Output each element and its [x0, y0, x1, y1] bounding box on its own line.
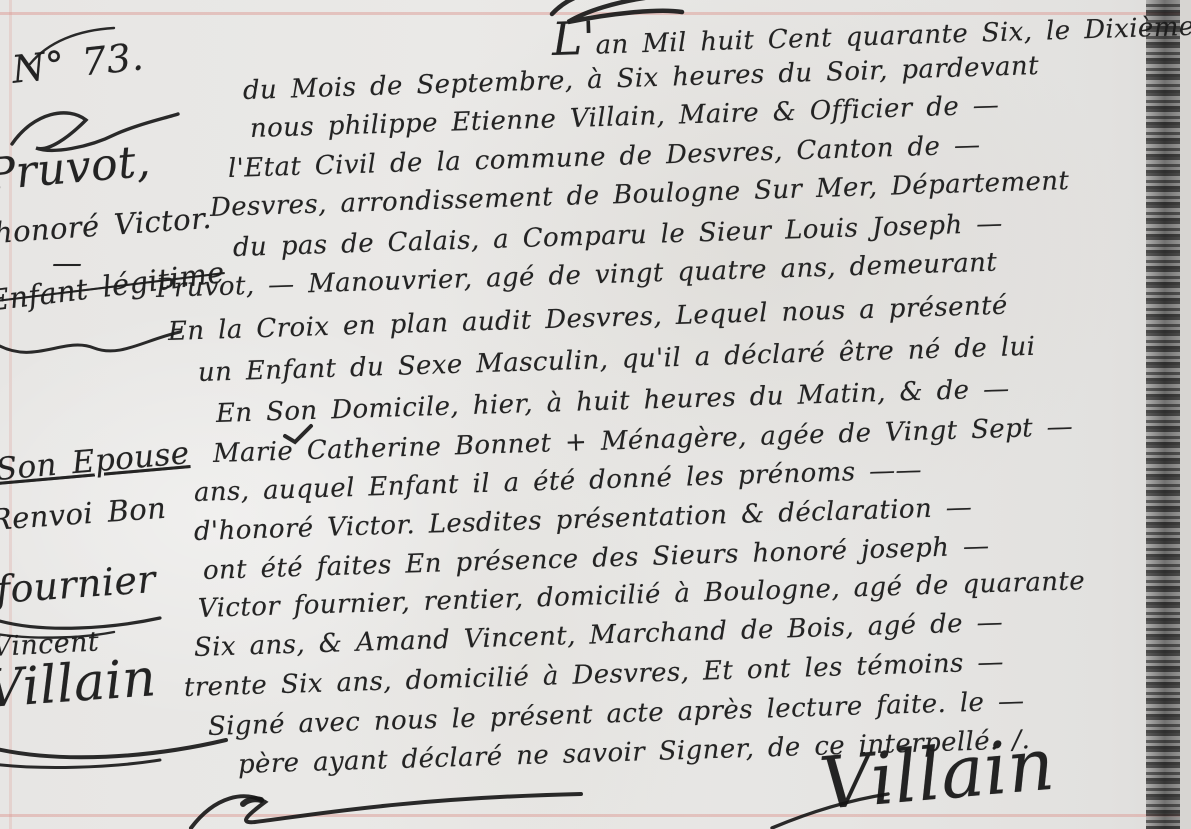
rule-line-bottom — [0, 814, 1191, 817]
renvoi-mark — [283, 424, 313, 444]
signature-fournier: fournier — [0, 557, 157, 612]
struck-note-flourish — [0, 326, 184, 368]
signature-villain-flourish — [0, 738, 230, 772]
bottom-right-signature-upstroke — [770, 792, 890, 829]
margin-insert-ref: Renvoi Bon — [0, 491, 167, 537]
page-binding-edge — [1146, 0, 1180, 829]
bottom-left-signature-flourish — [185, 788, 585, 829]
scanned-register-page: N° 73. Pruvot, honoré Victor. — Enfant l… — [0, 0, 1191, 829]
margin-given-names: honoré Victor. — [0, 201, 213, 250]
signature-villain: Villain — [0, 648, 158, 720]
page-edge-strip — [1180, 0, 1191, 829]
margin-insert-note: Son Epouse — [0, 435, 191, 488]
